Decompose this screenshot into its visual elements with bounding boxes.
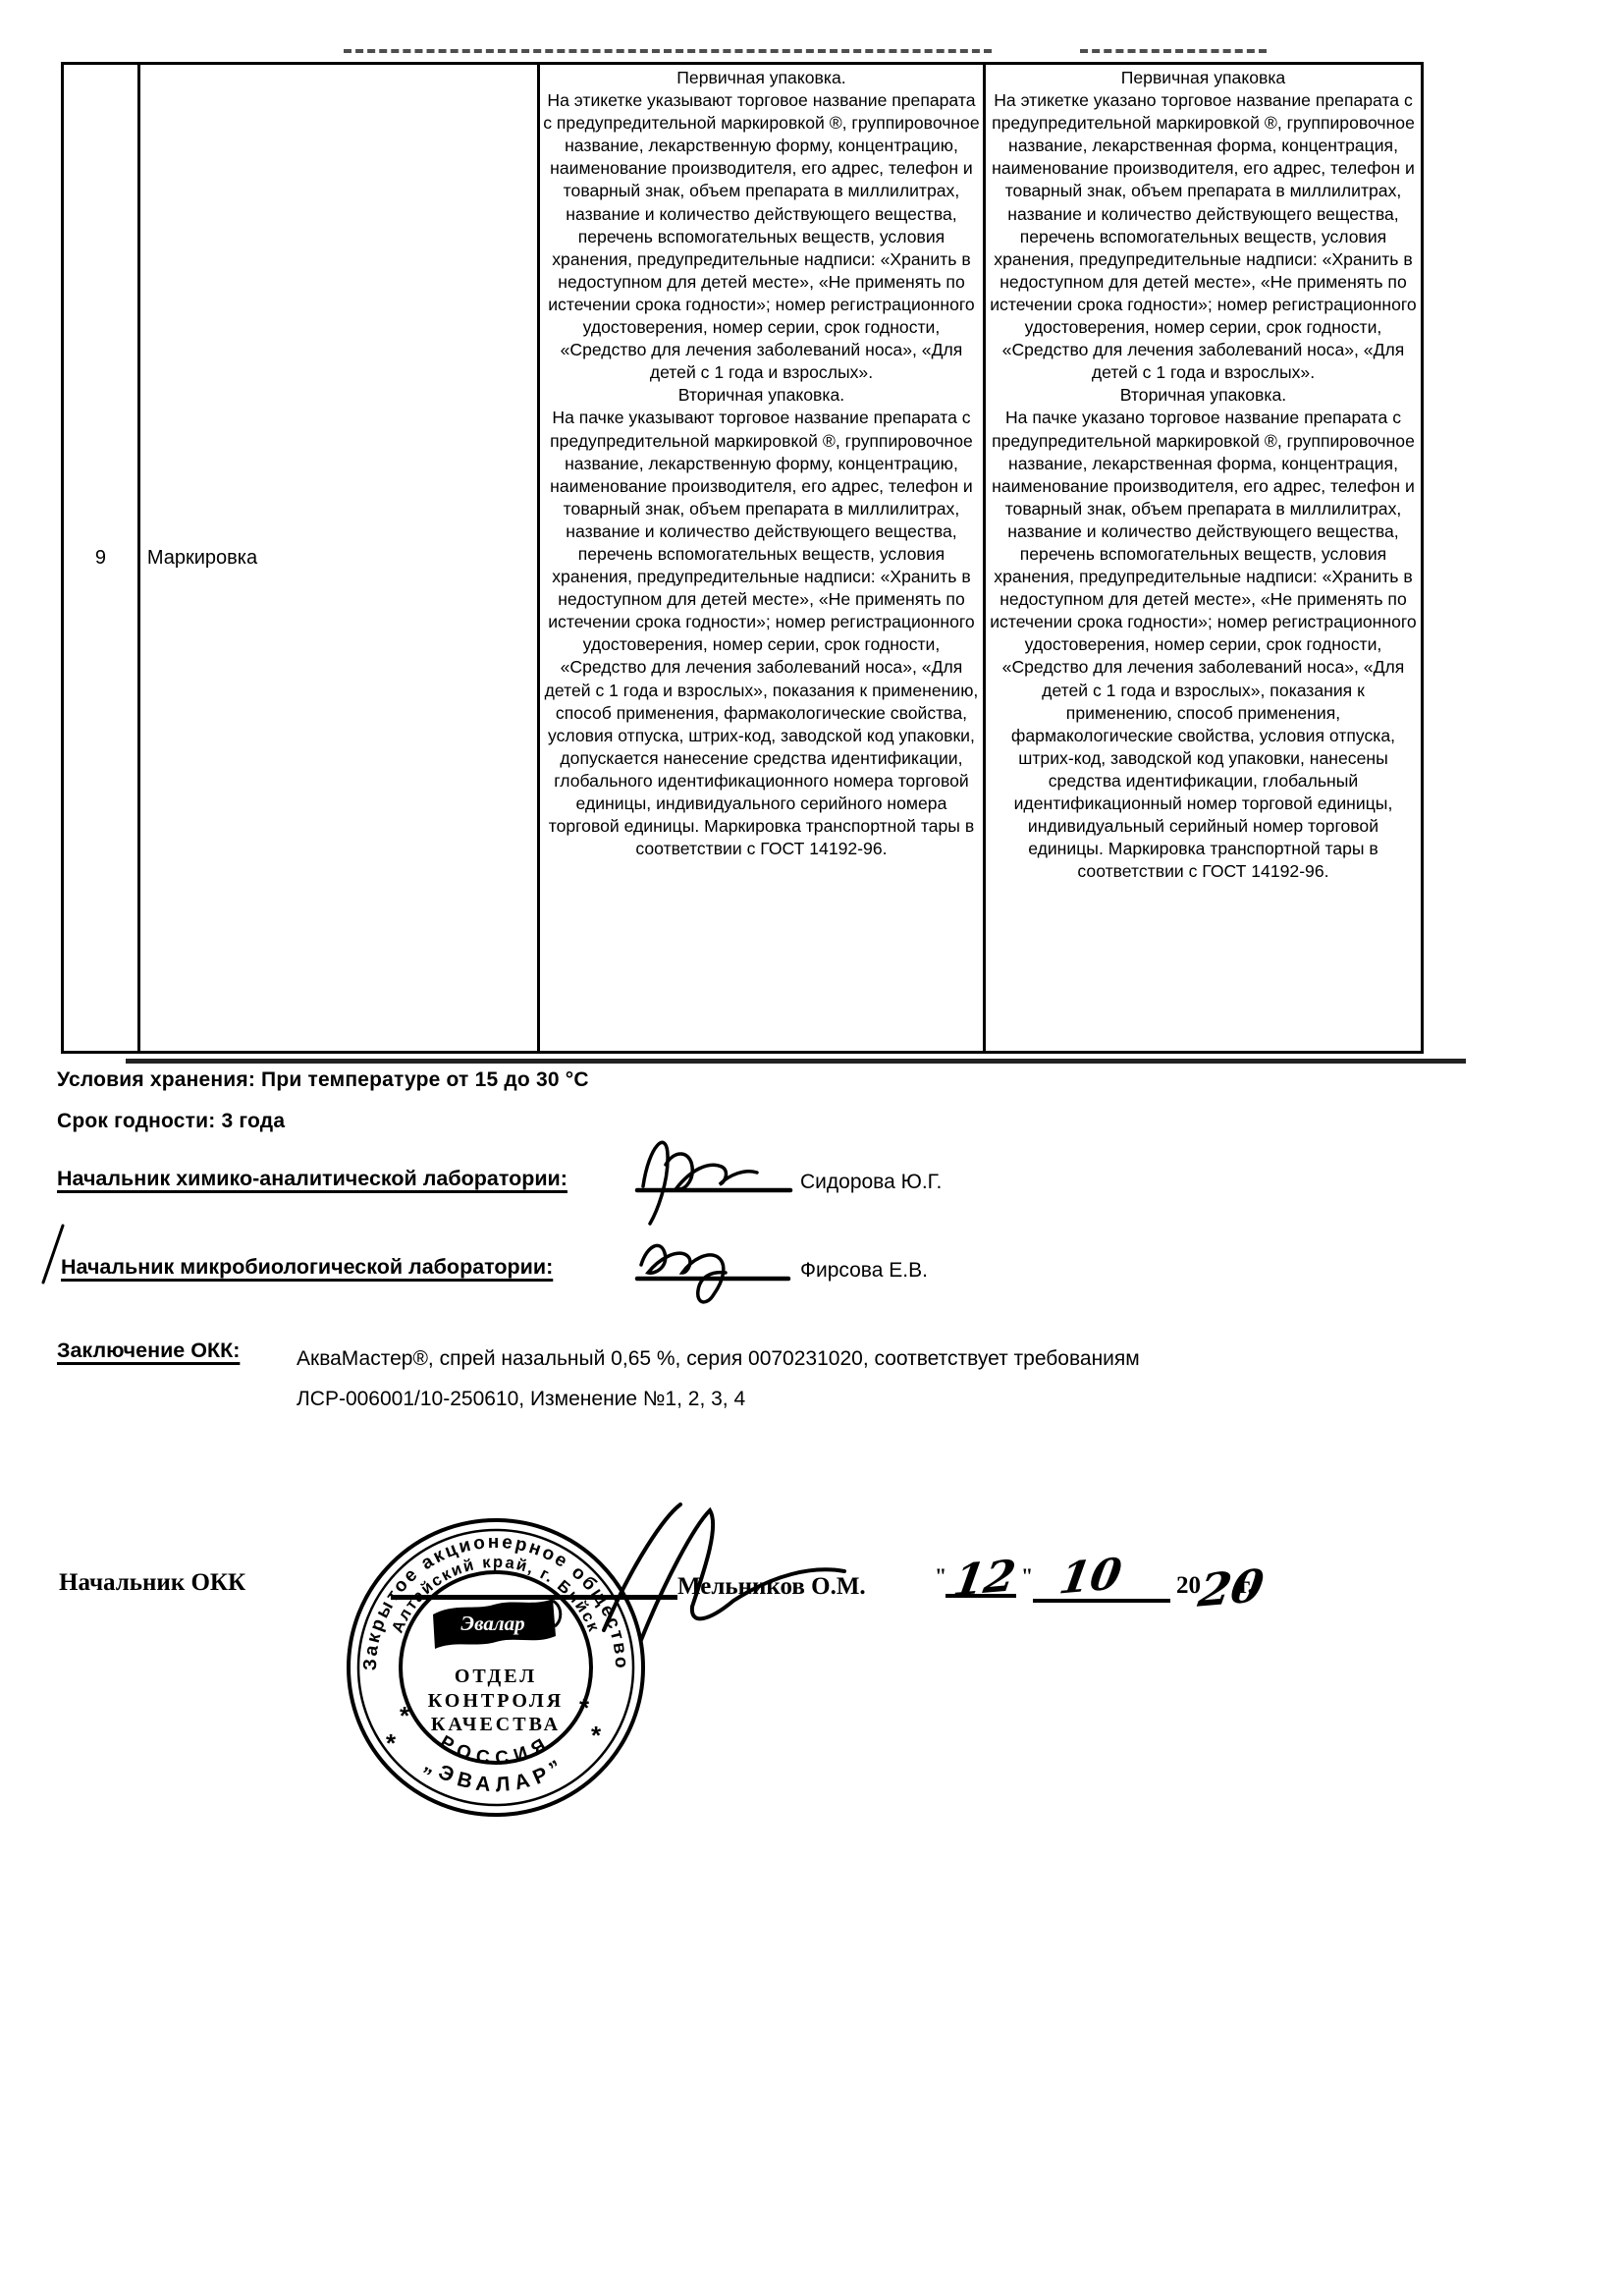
micro-lab-head-name: Фирсова Е.В. bbox=[800, 1259, 928, 1283]
scan-smudge-bottom bbox=[126, 1059, 1466, 1064]
stamp-center-line2: КОНТРОЛЯ bbox=[428, 1690, 564, 1712]
requirements-cell: Первичная упаковка. На этикетке указываю… bbox=[540, 65, 986, 1051]
secondary-packaging-result-text: На пачке указано торговое название препа… bbox=[989, 407, 1418, 883]
micro-lab-head-label: Начальник микробиологической лаборатории… bbox=[61, 1255, 553, 1280]
stamp-logo-text: Эвалар bbox=[460, 1612, 524, 1635]
scan-artifact-top-right bbox=[1080, 49, 1267, 53]
secondary-packaging-result-title: Вторичная упаковка. bbox=[989, 384, 1418, 407]
date-year-suffix: г. bbox=[1239, 1572, 1254, 1600]
primary-packaging-title: Первичная упаковка. bbox=[543, 67, 980, 89]
chem-lab-head-name: Сидорова Ю.Г. bbox=[800, 1171, 942, 1194]
signature-firsova-icon bbox=[633, 1228, 810, 1311]
stamp-star-icon: * bbox=[591, 1721, 602, 1750]
stamp-center-line3: КАЧЕСТВА bbox=[431, 1714, 561, 1735]
stamp-star-icon: * bbox=[386, 1728, 397, 1758]
date-month-handwritten: 10 bbox=[1055, 1549, 1125, 1604]
secondary-packaging-text: На пачке указывают торговое название пре… bbox=[543, 407, 980, 860]
marking-table-row: 9 Маркировка Первичная упаковка. На этик… bbox=[61, 62, 1424, 1054]
secondary-packaging-title: Вторичная упаковка. bbox=[543, 384, 980, 407]
qc-conclusion-text: АкваМастер®, спрей назальный 0,65 %, сер… bbox=[297, 1339, 1259, 1419]
qc-conclusion-line1: АкваМастер®, спрей назальный 0,65 %, сер… bbox=[297, 1339, 1259, 1379]
qc-head-name: Мельников О.М. bbox=[677, 1573, 866, 1601]
signature-sidorova-icon bbox=[633, 1125, 810, 1233]
stamp-center-line1: ОТДЕЛ bbox=[455, 1666, 537, 1687]
row-number: 9 bbox=[95, 547, 106, 570]
row-label-cell: Маркировка bbox=[140, 65, 540, 1051]
primary-packaging-text: На этикетке указывают торговое название … bbox=[543, 89, 980, 384]
results-cell: Первичная упаковка На этикетке указано т… bbox=[986, 65, 1421, 1051]
scanned-qc-document: 9 Маркировка Первичная упаковка. На этик… bbox=[0, 0, 1621, 2296]
svg-text:РОССИЯ: РОССИЯ bbox=[436, 1732, 556, 1770]
shelf-life: Срок годности: 3 года bbox=[57, 1110, 285, 1133]
stamp-star-icon: * bbox=[579, 1693, 590, 1722]
primary-packaging-result-text: На этикетке указано торговое название пр… bbox=[989, 89, 1418, 384]
date-year-handwritten: 20 bbox=[1195, 1558, 1268, 1616]
scan-artifact-top bbox=[344, 49, 992, 53]
chem-lab-head-label: Начальник химико-аналитической лаборатор… bbox=[57, 1167, 567, 1191]
date-close-quote: " bbox=[1021, 1563, 1033, 1589]
qc-conclusion-label: Заключение ОКК: bbox=[57, 1339, 240, 1363]
date-year-printed: 20 bbox=[1176, 1572, 1201, 1600]
row-number-cell: 9 bbox=[64, 65, 140, 1051]
stamp-country-text: РОССИЯ bbox=[436, 1732, 556, 1770]
date-day-handwritten: 12 bbox=[949, 1551, 1019, 1606]
primary-packaging-result-title: Первичная упаковка bbox=[989, 67, 1418, 89]
qc-conclusion-line2: ЛСР-006001/10-250610, Изменение №1, 2, 3… bbox=[297, 1379, 1259, 1419]
qc-head-label: Начальник ОКК bbox=[59, 1569, 245, 1597]
row-label: Маркировка bbox=[147, 547, 257, 570]
stamp-star-icon: * bbox=[400, 1701, 410, 1730]
storage-conditions: Условия хранения: При температуре от 15 … bbox=[57, 1068, 589, 1092]
